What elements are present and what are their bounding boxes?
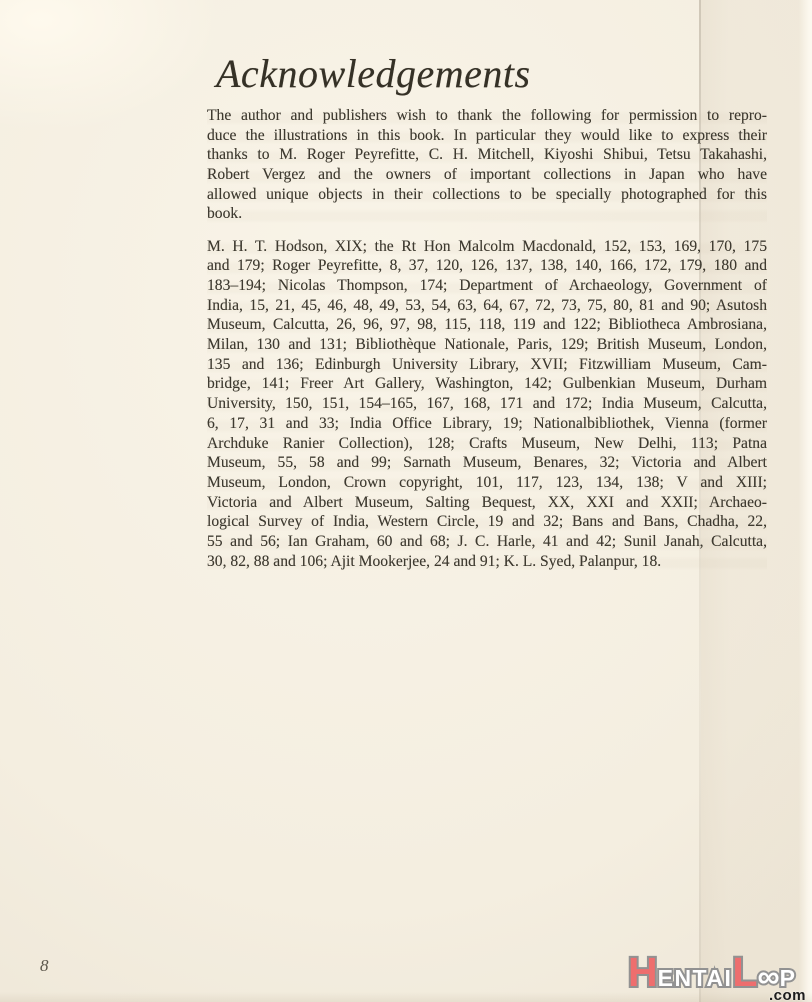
text-line: Museum, London, Crown copyright, 101, 11… [207,473,767,493]
watermark-letter-h: H [628,949,658,996]
text-line: allowed unique objects in their collecti… [207,185,767,205]
watermark-letters-entai: ENTAI [658,965,733,992]
text-line: Robert Vergez and the owners of importan… [207,165,767,185]
text-line: Museum, Calcutta, 26, 96, 97, 98, 115, 1… [207,315,767,335]
text-line: 135 and 136; Edinburgh University Librar… [207,355,767,375]
text-line: Museum, 55, 58 and 99; Sarnath Museum, B… [207,453,767,473]
text-line: 55 and 56; Ian Graham, 60 and 68; J. C. … [207,532,767,552]
text-line: University, 150, 151, 154–165, 167, 168,… [207,394,767,414]
watermark-letter-l: L [732,949,757,996]
intro-paragraph: The author and publishers wish to thank … [207,106,767,224]
text-line: book. [207,204,767,224]
credits-paragraph: M. H. T. Hodson, XIX; the Rt Hon Malcolm… [207,237,767,572]
text-line: and 179; Roger Peyrefitte, 8, 37, 120, 1… [207,256,767,276]
scanned-book-page: Acknowledgements The author and publishe… [0,0,812,1002]
text-line: M. H. T. Hodson, XIX; the Rt Hon Malcolm… [207,237,767,257]
text-line: Milan, 130 and 131; Bibliothèque Nationa… [207,335,767,355]
text-line: 30, 82, 88 and 106; Ajit Mookerjee, 24 a… [207,552,767,572]
watermark: H ENTAI L ∞ P .com [628,949,808,1001]
watermark-dotcom: .com [769,987,806,1002]
text-line: India, 15, 21, 45, 46, 48, 49, 53, 54, 6… [207,296,767,316]
page-number: 8 [40,956,49,976]
text-line: duce the illustrations in this book. In … [207,126,767,146]
text-line: Victoria and Albert Museum, Salting Bequ… [207,493,767,513]
text-line: bridge, 141; Freer Art Gallery, Washingt… [207,374,767,394]
text-line: 183–194; Nicolas Thompson, 174; Departme… [207,276,767,296]
text-line: thanks to M. Roger Peyrefitte, C. H. Mit… [207,145,767,165]
text-block: The author and publishers wish to thank … [207,106,767,571]
text-line: 6, 17, 31 and 33; India Office Library, … [207,414,767,434]
text-line: The author and publishers wish to thank … [207,106,767,126]
text-line: Archduke Ranier Collection), 128; Crafts… [207,434,767,454]
page-title: Acknowledgements [216,50,531,97]
text-line: logical Survey of India, Western Circle,… [207,512,767,532]
